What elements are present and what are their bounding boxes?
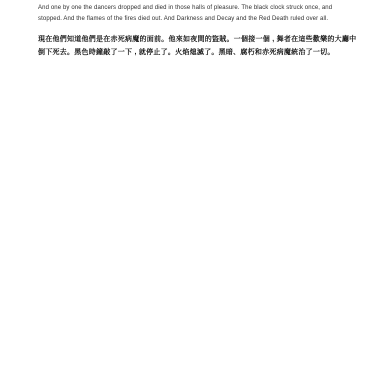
english-line-2: stopped. And the flames of the fires die… xyxy=(38,14,338,25)
chinese-line-1: 現在他們知道他們是在赤死病魔的面前。他來如夜間的盜賊。一個接一個 , 舞者在這些… xyxy=(38,33,338,46)
english-line-1: And one by one the dancers dropped and d… xyxy=(38,3,338,14)
chinese-paragraph: 現在他們知道他們是在赤死病魔的面前。他來如夜間的盜賊。一個接一個 , 舞者在這些… xyxy=(38,33,338,59)
chinese-line-2: 倒下死去。黑色時鐘敲了一下 , 就停止了。火焰熄滅了。黑暗、腐朽和赤死病魔統治了… xyxy=(38,46,338,59)
document-page: And one by one the dancers dropped and d… xyxy=(0,0,375,375)
english-paragraph: And one by one the dancers dropped and d… xyxy=(38,3,338,25)
